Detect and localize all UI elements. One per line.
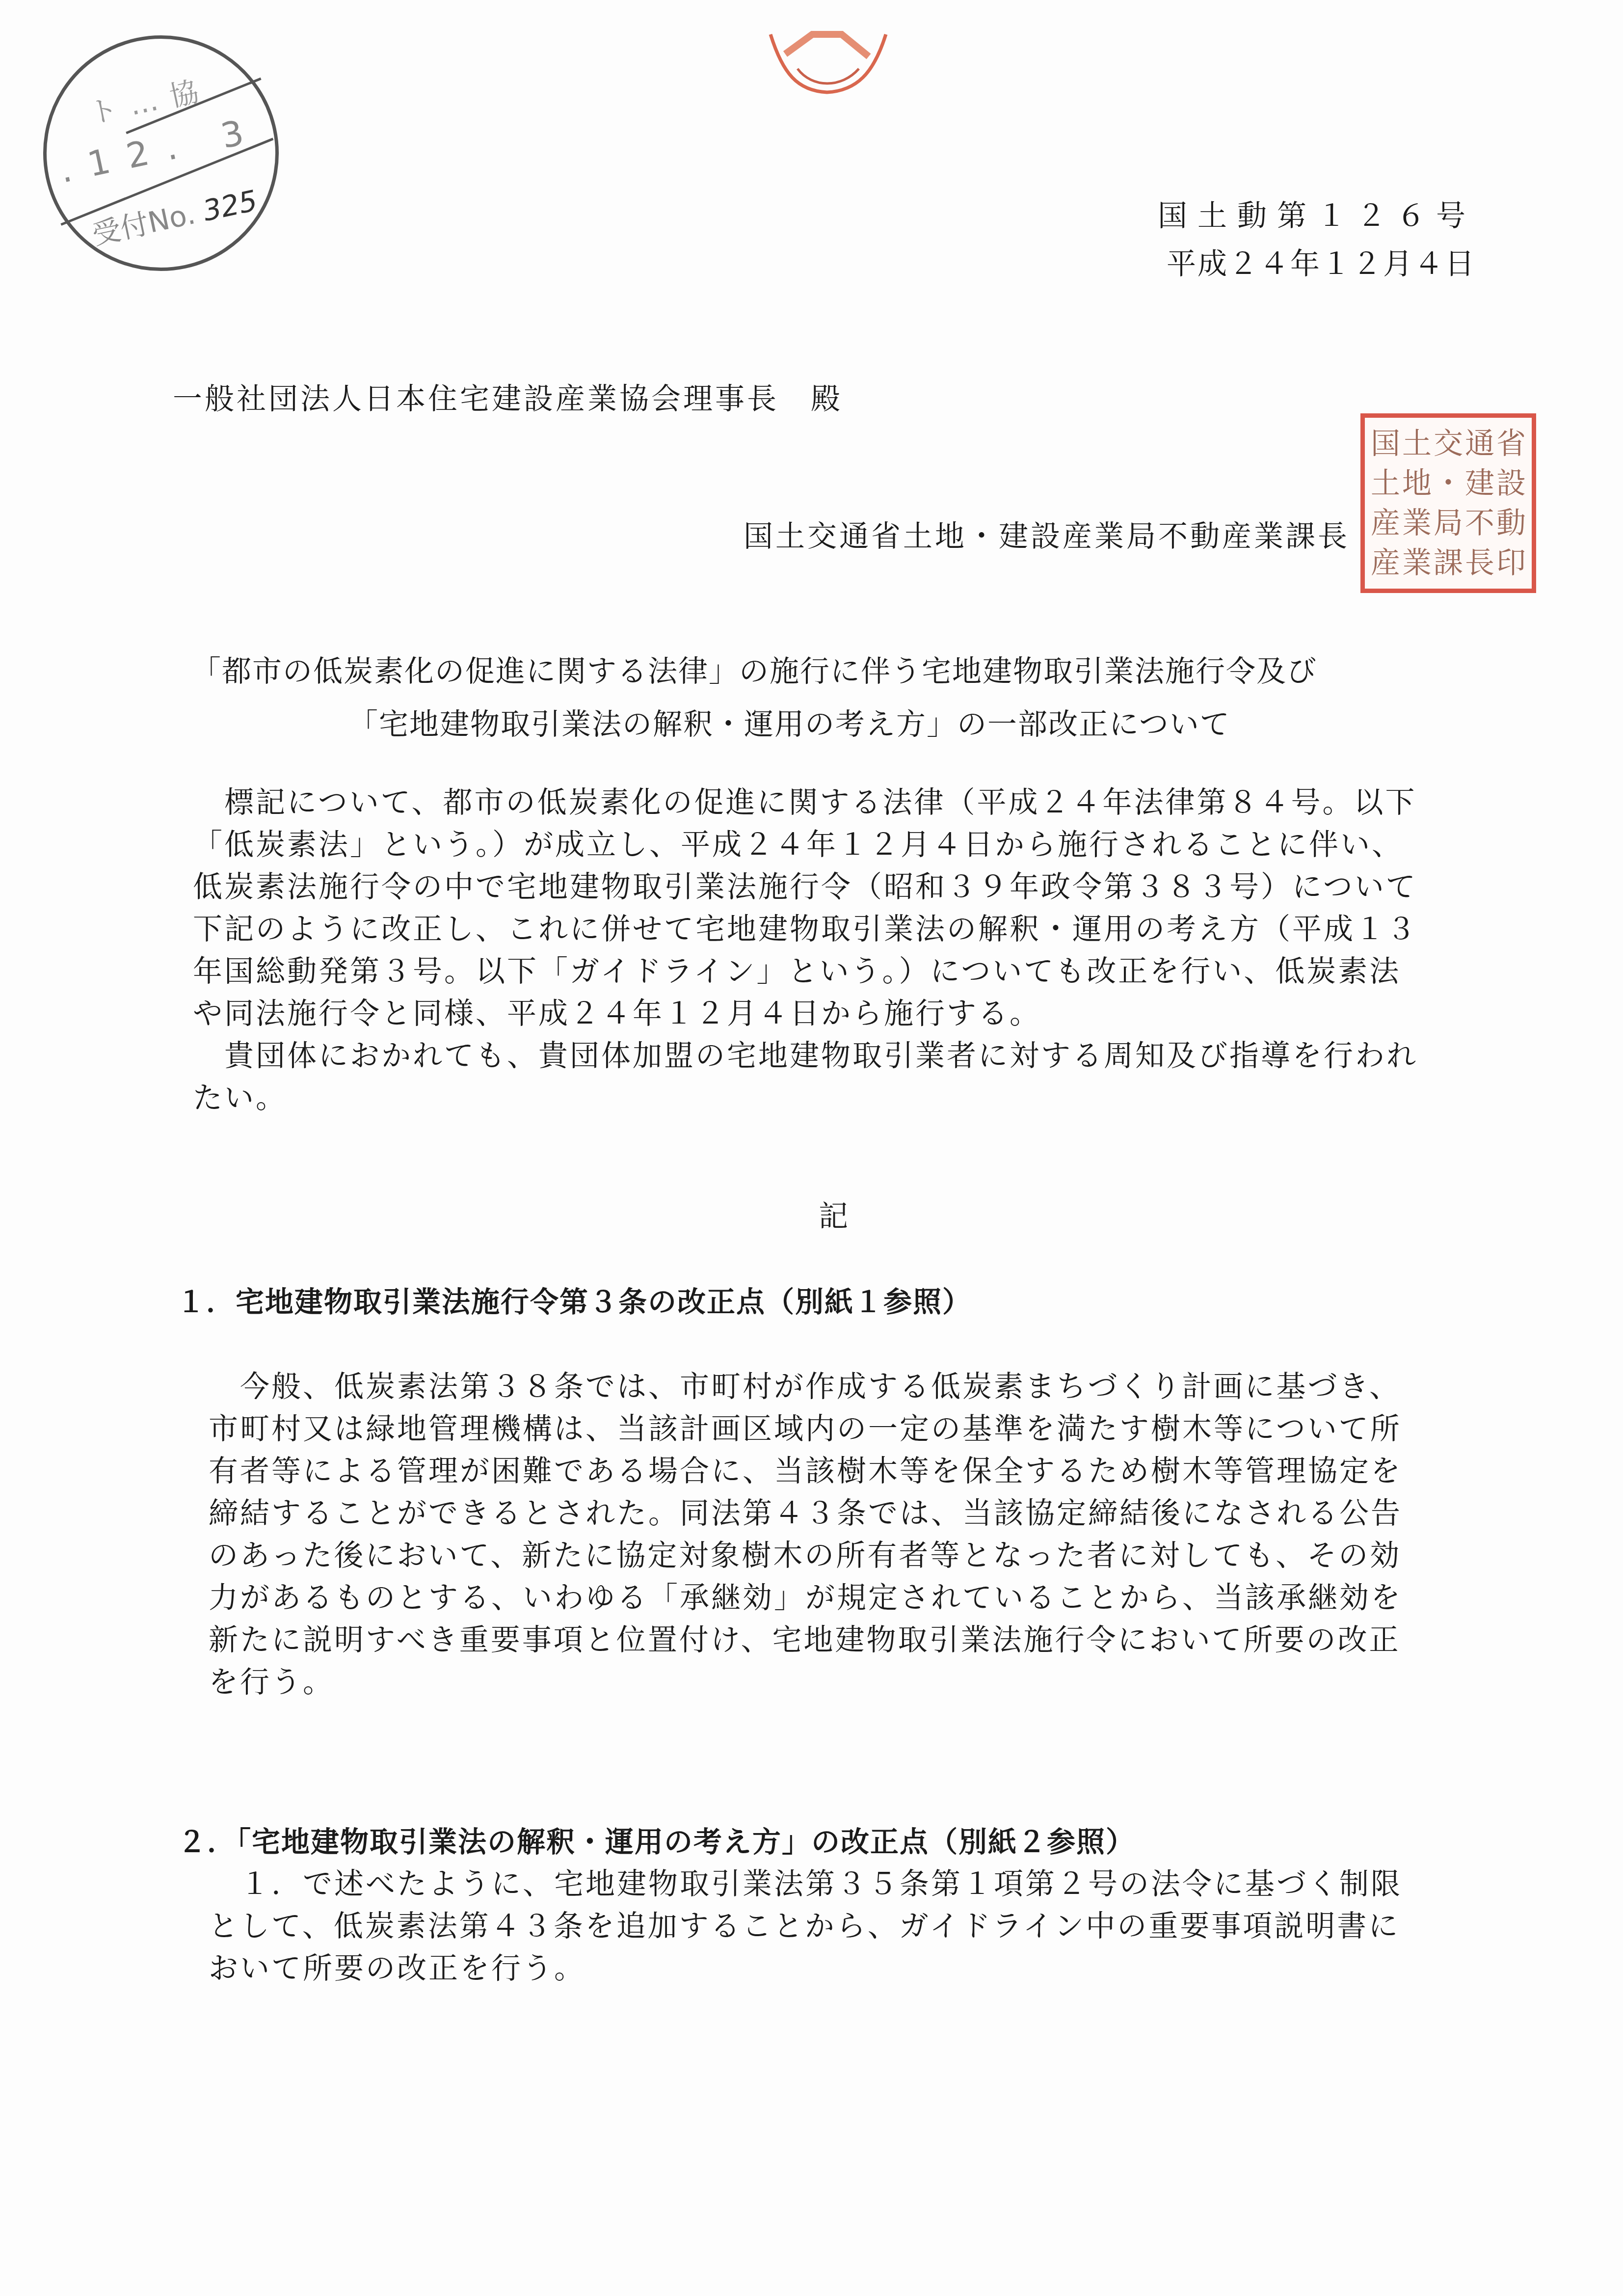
seal-char: 国 <box>1370 424 1401 463</box>
paragraph-line: 年国総動発第３号。以下「ガイドライン」という。）についても改正を行い、低炭素法 <box>193 950 1476 993</box>
paragraph-line: のあった後において、新たに協定対象樹木の所有者等となった者に対しても、その効 <box>209 1535 1477 1577</box>
seal-char: 土 <box>1401 424 1433 463</box>
seal-char: 産 <box>1370 543 1401 583</box>
stamp-receipt-value: 325 <box>200 184 260 228</box>
seal-char: 長 <box>1464 543 1495 583</box>
seal-char: 業 <box>1401 543 1433 583</box>
subject-title-line-1: 「都市の低炭素化の促進に関する法律」の施行に伴う宅地建物取引業法施行令及び <box>191 648 1317 690</box>
seal-char: 産 <box>1370 503 1401 543</box>
paragraph-line: 「低炭素法」という。）が成立し、平成２４年１２月４日から施行されることに伴い、 <box>193 824 1476 866</box>
intro-paragraph: 標記について、都市の低炭素化の促進に関する法律（平成２４年法律第８４号。以下 「… <box>193 782 1476 1119</box>
seal-char: 不 <box>1464 503 1495 543</box>
paragraph-line: として、低炭素法第４３条を追加することから、ガイドライン中の重要事項説明書に <box>209 1905 1477 1947</box>
paragraph-line: 新たに説明すべき重要事項と位置付け、宅地建物取引業法施行令において所要の改正 <box>209 1619 1477 1661</box>
seal-char: 建 <box>1464 463 1495 503</box>
paragraph-line: 締結することができるとされた。同法第４３条では、当該協定締結後になされる公告 <box>209 1492 1477 1535</box>
paragraph-line: 今般、低炭素法第３８条では、市町村が作成する低炭素まちづくり計画に基づき、 <box>209 1366 1477 1408</box>
paragraph-line: １．で述べたように、宅地建物取引業法第３５条第１項第２号の法令に基づく制限 <box>209 1863 1477 1905</box>
paragraph-line: 有者等による管理が困難である場合に、当該樹木等を保全するため樹木等管理協定を <box>209 1450 1477 1492</box>
paragraph-line: 低炭素法施行令の中で宅地建物取引業法施行令（昭和３９年政令第３８３号）について <box>193 866 1476 908</box>
seal-char: 土 <box>1370 463 1401 503</box>
seal-char: 業 <box>1401 503 1433 543</box>
section-2-paragraph: １．で述べたように、宅地建物取引業法第３５条第１項第２号の法令に基づく制限 とし… <box>209 1863 1477 1990</box>
section-1-paragraph: 今般、低炭素法第３８条では、市町村が作成する低炭素まちづくり計画に基づき、 市町… <box>209 1366 1477 1703</box>
partial-seal-icon <box>763 29 893 98</box>
seal-char: 交 <box>1433 424 1464 463</box>
document-date: 平成２４年１２月４日 <box>1167 241 1476 283</box>
paragraph-line: たい。 <box>193 1077 1476 1119</box>
seal-char: 地 <box>1401 463 1433 503</box>
seal-char: 省 <box>1495 424 1527 463</box>
seal-char: 動 <box>1495 503 1527 543</box>
subject-title-line-2: 「宅地建物取引業法の解釈・運用の考え方」の一部改正について <box>348 701 1230 743</box>
paragraph-line: おいて所要の改正を行う。 <box>209 1947 1477 1990</box>
seal-char: 印 <box>1495 543 1527 583</box>
section-1-heading: １．宅地建物取引業法施行令第３条の改正点（別紙１参照） <box>177 1279 972 1320</box>
paragraph-line: 貴団体におかれても、貴団体加盟の宅地建物取引業者に対する周知及び指導を行われ <box>193 1035 1476 1077</box>
sender: 国土交通省土地・建設産業局不動産業課長 <box>744 513 1350 555</box>
seal-char: 課 <box>1433 543 1464 583</box>
seal-char: 通 <box>1464 424 1495 463</box>
document-number: 国土動第１２６号 <box>1158 192 1476 235</box>
paragraph-line: を行う。 <box>209 1661 1477 1703</box>
official-seal: 国 土 交 通 省 土 地 ・ 建 設 産 業 局 不 動 産 業 課 長 印 <box>1360 413 1536 593</box>
received-date-stamp: ト…協 .12. 3 受付No. 325 <box>21 13 300 293</box>
section-2-heading: ２．「宅地建物取引業法の解釈・運用の考え方」の改正点（別紙２参照） <box>178 1819 1135 1860</box>
paragraph-line: 標記について、都市の低炭素化の促進に関する法律（平成２４年法律第８４号。以下 <box>193 782 1476 824</box>
seal-char: ・ <box>1433 463 1464 503</box>
addressee: 一般社団法人日本住宅建設産業協会理事長 殿 <box>173 376 843 418</box>
document-page: ト…協 .12. 3 受付No. 325 国土動第１２６号 平成２４年１２月４日… <box>0 0 1623 2296</box>
paragraph-line: 力があるものとする、いわゆる「承継効」が規定されていることから、当該承継効を <box>209 1577 1477 1619</box>
seal-char: 局 <box>1433 503 1464 543</box>
ki-marker: 記 <box>819 1193 848 1235</box>
paragraph-line: 下記のように改正し、これに併せて宅地建物取引業法の解釈・運用の考え方（平成１３ <box>193 908 1476 950</box>
paragraph-line: 市町村又は緑地管理機構は、当該計画区域内の一定の基準を満たす樹木等について所 <box>209 1408 1477 1450</box>
paragraph-line: や同法施行令と同様、平成２４年１２月４日から施行する。 <box>193 993 1476 1035</box>
seal-char: 設 <box>1495 463 1527 503</box>
